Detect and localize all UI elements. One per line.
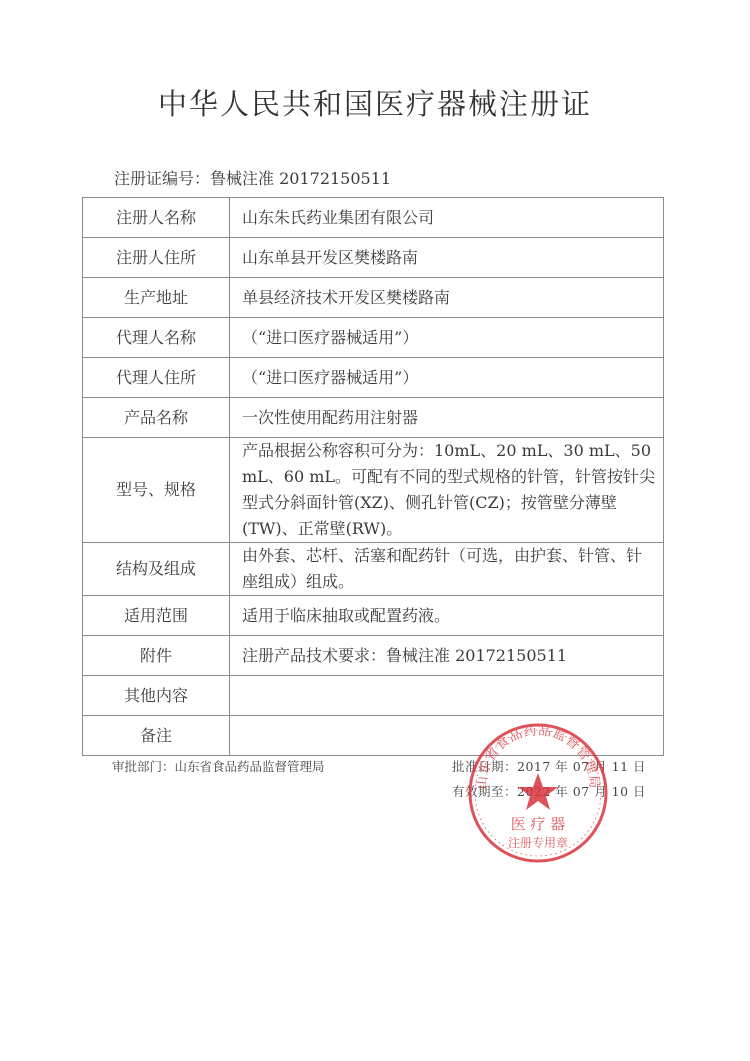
- row-value: 一次性使用配药用注射器: [230, 398, 664, 438]
- table-row: 产品名称 一次性使用配药用注射器: [83, 398, 664, 438]
- registration-number-value: 鲁械注准 20172150511: [210, 169, 391, 188]
- approval-date: 批准日期：2017 年 07 月 11 日: [452, 757, 646, 775]
- row-label: 备注: [83, 716, 230, 756]
- row-value: [230, 716, 664, 756]
- row-label: 型号、规格: [83, 438, 230, 543]
- row-value: [230, 676, 664, 716]
- table-row: 代理人住所 （“进口医疗器械适用”）: [83, 358, 664, 398]
- registration-number: 注册证编号：鲁械注准 20172150511: [114, 166, 391, 189]
- row-value: 山东单县开发区樊楼路南: [230, 238, 664, 278]
- certificate-title: 中华人民共和国医疗器械注册证: [0, 82, 750, 123]
- table-row: 代理人名称 （“进口医疗器械适用”）: [83, 318, 664, 358]
- row-label: 附件: [83, 636, 230, 676]
- row-value: 山东朱氏药业集团有限公司: [230, 198, 664, 238]
- row-label: 生产地址: [83, 278, 230, 318]
- row-value: （“进口医疗器械适用”）: [230, 358, 664, 398]
- table-row: 其他内容: [83, 676, 664, 716]
- row-label: 适用范围: [83, 596, 230, 636]
- valid-until-date: 有效期至：2022 年 07 月 10 日: [452, 782, 646, 800]
- row-label: 注册人名称: [83, 198, 230, 238]
- table-row: 生产地址 单县经济技术开发区樊楼路南: [83, 278, 664, 318]
- certificate-table: 注册人名称 山东朱氏药业集团有限公司 注册人住所 山东单县开发区樊楼路南 生产地…: [82, 197, 664, 756]
- seal-bottom-text-1: 医 疗 器: [511, 815, 566, 833]
- row-label: 注册人住所: [83, 238, 230, 278]
- table-row: 注册人名称 山东朱氏药业集团有限公司: [83, 198, 664, 238]
- row-label: 结构及组成: [83, 543, 230, 596]
- row-value: 产品根据公称容积可分为：10mL、20 mL、30 mL、50 mL、60 mL…: [230, 438, 664, 543]
- registration-number-label: 注册证编号：: [114, 169, 210, 188]
- approval-department: 审批部门：山东省食品药品监督管理局: [112, 757, 325, 775]
- row-value: 单县经济技术开发区樊楼路南: [230, 278, 664, 318]
- table-row: 附件 注册产品技术要求：鲁械注准 20172150511: [83, 636, 664, 676]
- row-value: 注册产品技术要求：鲁械注准 20172150511: [230, 636, 664, 676]
- row-value: （“进口医疗器械适用”）: [230, 318, 664, 358]
- table-row: 注册人住所 山东单县开发区樊楼路南: [83, 238, 664, 278]
- row-value: 由外套、芯杆、活塞和配药针（可选，由护套、针管、针座组成）组成。: [230, 543, 664, 596]
- row-label: 其他内容: [83, 676, 230, 716]
- row-label: 代理人住所: [83, 358, 230, 398]
- row-label: 产品名称: [83, 398, 230, 438]
- table-row: 适用范围 适用于临床抽取或配置药液。: [83, 596, 664, 636]
- table-row: 备注: [83, 716, 664, 756]
- table-row: 结构及组成 由外套、芯杆、活塞和配药针（可选，由护套、针管、针座组成）组成。: [83, 543, 664, 596]
- row-value: 适用于临床抽取或配置药液。: [230, 596, 664, 636]
- row-label: 代理人名称: [83, 318, 230, 358]
- seal-bottom-text-2: 注册专用章: [508, 835, 568, 850]
- table-row: 型号、规格 产品根据公称容积可分为：10mL、20 mL、30 mL、50 mL…: [83, 438, 664, 543]
